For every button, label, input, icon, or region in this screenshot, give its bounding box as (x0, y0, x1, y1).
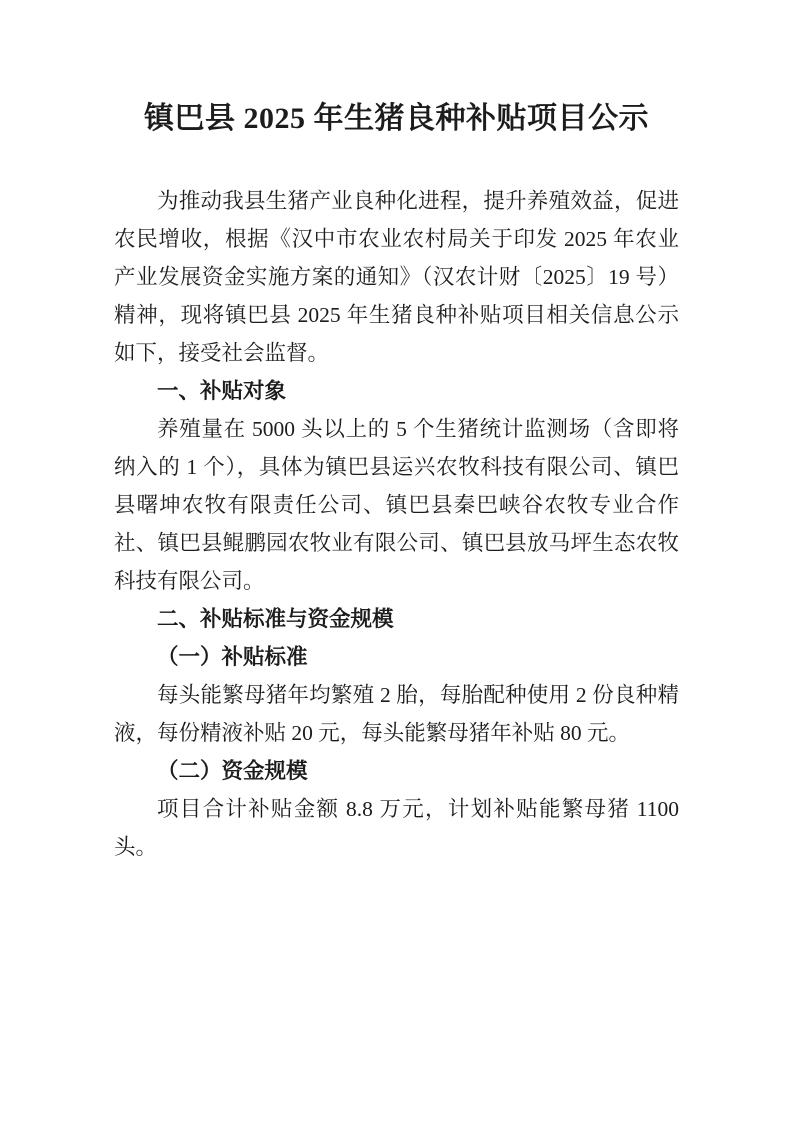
section-1-paragraph: 养殖量在 5000 头以上的 5 个生猪统计监测场（含即将纳入的 1 个），具体… (114, 410, 679, 600)
section-2-sub-2-paragraph: 项目合计补贴金额 8.8 万元，计划补贴能繁母猪 1100 头。 (114, 790, 679, 866)
section-2-sub-2-heading: （二）资金规模 (114, 752, 679, 790)
section-2-sub-1-paragraph: 每头能繁母猪年均繁殖 2 胎，每胎配种使用 2 份良种精液，每份精液补贴 20 … (114, 676, 679, 752)
section-2-sub-1-heading: （一）补贴标准 (114, 638, 679, 676)
intro-paragraph: 为推动我县生猪产业良种化进程，提升养殖效益，促进农民增收，根据《汉中市农业农村局… (114, 182, 679, 372)
section-1-heading: 一、补贴对象 (114, 372, 679, 410)
document-title: 镇巴县 2025 年生猪良种补贴项目公示 (114, 96, 679, 142)
section-2-heading: 二、补贴标准与资金规模 (114, 600, 679, 638)
document-page: 镇巴县 2025 年生猪良种补贴项目公示 为推动我县生猪产业良种化进程，提升养殖… (0, 0, 793, 1122)
